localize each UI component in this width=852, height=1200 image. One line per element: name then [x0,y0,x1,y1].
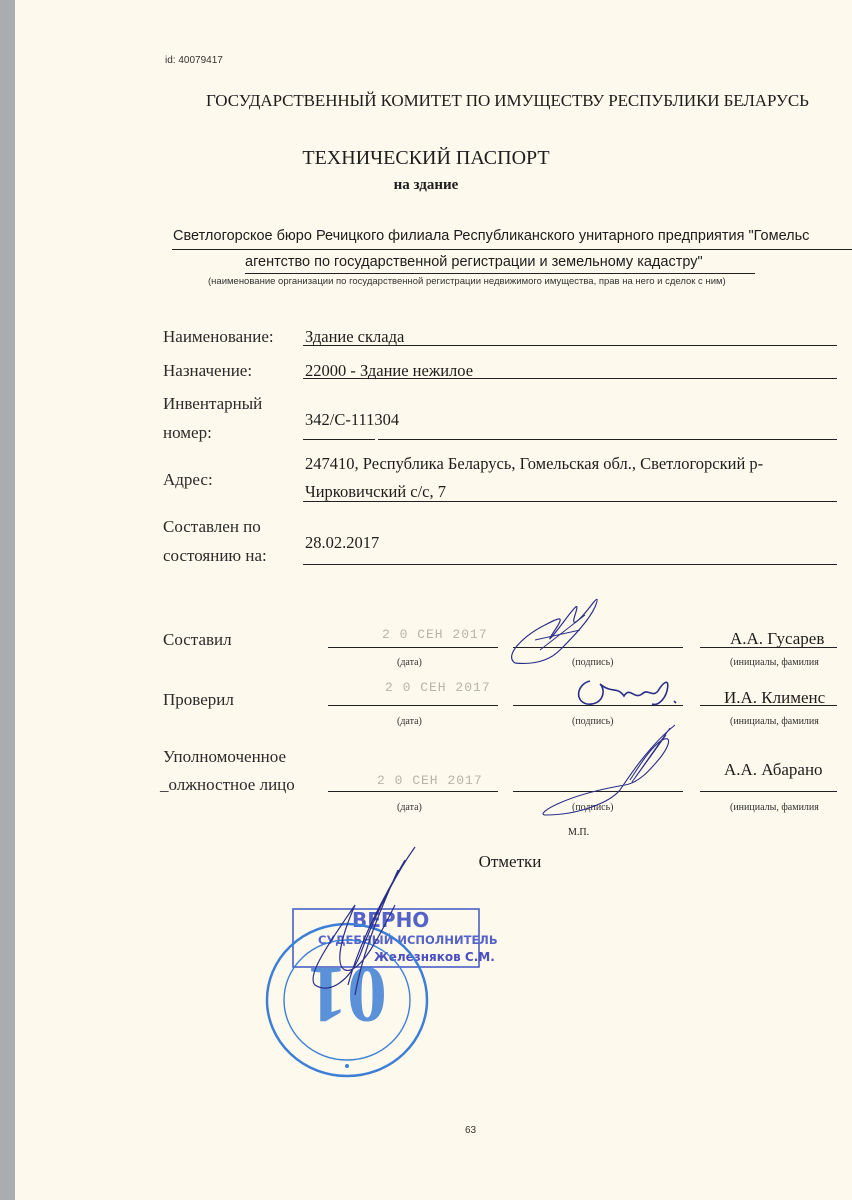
field-underline [303,345,837,346]
field-value: 342/С-111304 [305,410,399,430]
marks-heading: Отметки [0,852,852,872]
organization-underline-2 [245,273,755,274]
signature-gusarev-icon [505,595,605,670]
field-underline [303,564,837,565]
signature-role: Проверил [163,690,234,710]
field-label: номер: [163,423,212,443]
document-title: ТЕХНИЧЕСКИЙ ПАСПОРТ [0,147,852,170]
name-caption: (инициалы, фамилия [730,657,819,668]
date-caption: (дата) [397,802,422,813]
name-caption: (инициалы, фамилия [730,802,819,813]
signature-role: Уполномоченное [163,747,286,767]
field-underline [303,501,837,502]
field-label: Составлен по [163,517,261,537]
page-number: 63 [465,1125,476,1136]
document-subtitle: на здание [0,177,852,194]
field-value: Чирковичский с/с, 7 [305,482,446,502]
committee-heading: ГОСУДАРСТВЕННЫЙ КОМИТЕТ ПО ИМУЩЕСТВУ РЕС… [206,91,809,111]
name-caption: (инициалы, фамилия [730,716,819,727]
signer-name: А.А. Абарано [724,760,823,780]
field-value: 247410, Республика Беларусь, Гомельская … [305,454,763,474]
field-label: Назначение: [163,361,252,381]
signature-role: Составил [163,630,232,650]
field-underline [303,439,375,440]
name-line [700,791,837,792]
date-line [328,791,498,792]
date-stamp: 2 0 СЕН 2017 [377,773,483,788]
field-value: 28.02.2017 [305,533,379,553]
date-caption: (дата) [397,657,422,668]
seal-place-label: М.П. [568,827,589,838]
date-stamp: 2 0 СЕН 2017 [385,680,491,695]
signature-abaranov-icon [540,720,680,820]
signer-name: И.А. Клименс [724,688,825,708]
organization-line-1: Светлогорское бюро Речицкого филиала Рес… [173,228,809,244]
signature-bailiff-icon [300,845,420,1015]
organization-line-2: агентство по государственной регистрации… [245,254,703,270]
field-label: состоянию на: [163,546,267,566]
date-line [328,705,498,706]
date-caption: (дата) [397,716,422,727]
field-value: Здание склада [305,327,404,347]
organization-caption: (наименование организации по государстве… [208,276,726,287]
field-label: Инвентарный [163,394,262,414]
field-label: Адрес: [163,470,213,490]
organization-underline-1 [172,249,852,250]
field-label: Наименование: [163,327,274,347]
signature-klimenko-icon [572,676,682,711]
signer-name: А.А. Гусарев [730,629,824,649]
document-id: id: 40079417 [165,55,223,66]
date-stamp: 2 0 СЕН 2017 [382,627,488,642]
field-underline [303,378,837,379]
signature-role: _олжностное лицо [160,775,295,795]
date-line [328,647,498,648]
field-underline [378,439,837,440]
